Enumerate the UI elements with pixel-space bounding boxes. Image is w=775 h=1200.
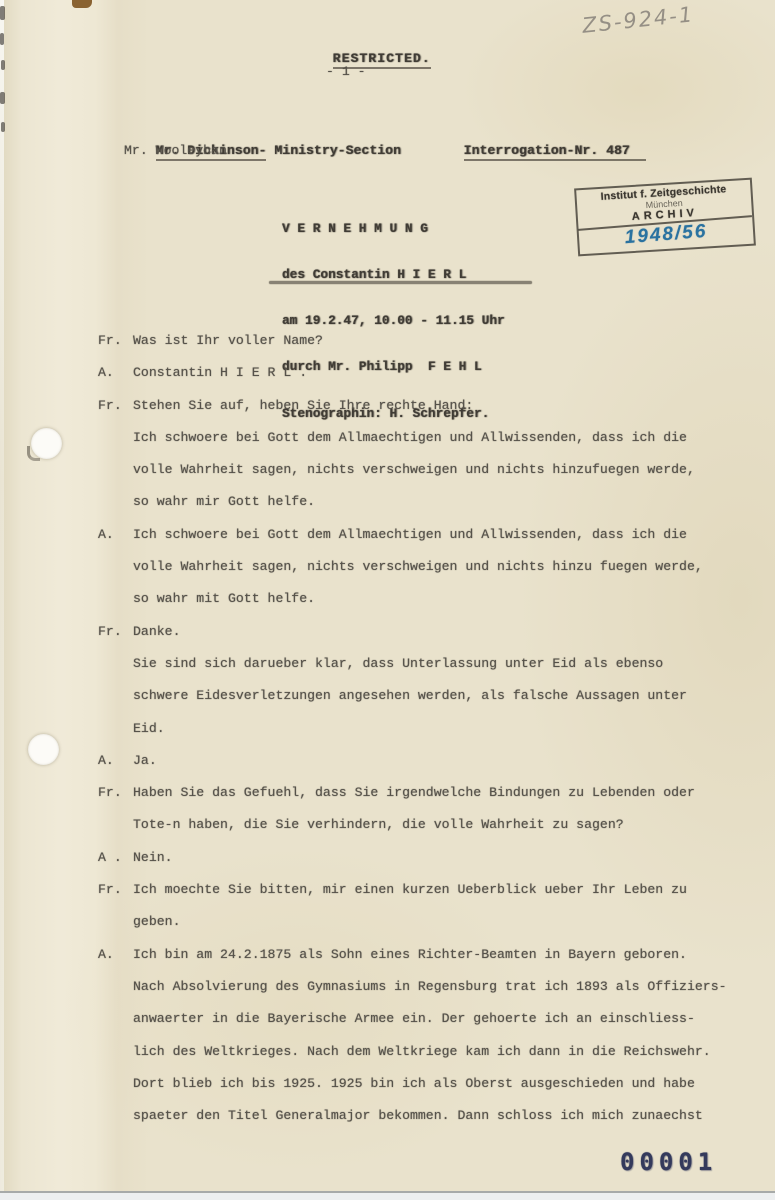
transcript-text: Haben Sie das Gefuehl, dass Sie irgendwe…	[133, 785, 695, 800]
transcript-line: Fr.Was ist Ihr voller Name?	[98, 332, 758, 364]
transcript-line: anwaerter in die Bayerische Armee ein. D…	[98, 1010, 758, 1042]
archive-stamp: Institut f. Zeitgeschichte München ARCHI…	[574, 178, 756, 257]
transcript-line: volle Wahrheit sagen, nichts verschweige…	[98, 461, 758, 493]
transcript-body: Fr.Was ist Ihr voller Name? A.Constantin…	[98, 332, 758, 1139]
speaker-label: Fr.	[98, 784, 122, 802]
transcript-line: Fr.Danke.	[98, 623, 758, 655]
page-sequence-stamp: 00001	[620, 1148, 717, 1176]
transcript-line: A .Nein.	[98, 849, 758, 881]
title-line: V E R N E H M U N G	[282, 221, 505, 236]
title-underline-rule	[269, 281, 532, 284]
title-line: am 19.2.47, 10.00 - 11.15 Uhr	[282, 313, 505, 328]
transcript-line: Fr.Ich moechte Sie bitten, mir einen kur…	[98, 881, 758, 913]
transcript-text: schwere Eidesverletzungen angesehen werd…	[133, 688, 687, 703]
transcript-text: geben.	[133, 914, 180, 929]
transcript-line: Fr.Stehen Sie auf, heben Sie Ihre rechte…	[98, 397, 758, 429]
transcript-text: Dort blieb ich bis 1925. 1925 bin ich al…	[133, 1076, 695, 1091]
interrogator-section: Ministry-Section	[266, 143, 401, 158]
page-number: - 1 -	[326, 64, 366, 79]
transcript-line: spaeter den Titel Generalmajor bekommen.…	[98, 1107, 758, 1139]
speaker-label: Fr.	[98, 881, 122, 899]
transcript-text: volle Wahrheit sagen, nichts verschweige…	[133, 462, 695, 477]
transcript-text: Ich bin am 24.2.1875 als Sohn eines Rich…	[133, 947, 687, 962]
edge-mark	[1, 122, 5, 132]
transcript-line: Sie sind sich darueber klar, dass Unterl…	[98, 655, 758, 687]
edge-mark	[0, 33, 4, 45]
transcript-text: Was ist Ihr voller Name?	[133, 333, 323, 348]
speaker-label: A.	[98, 526, 114, 544]
transcript-text: Danke.	[133, 624, 180, 639]
speaker-label: Fr.	[98, 623, 122, 641]
transcript-text: so wahr mit Gott helfe.	[133, 591, 315, 606]
second-interrogator: Mr. Wooleyhan	[124, 143, 227, 158]
transcript-line: Dort blieb ich bis 1925. 1925 bin ich al…	[98, 1075, 758, 1107]
speaker-label: A.	[98, 364, 114, 382]
transcript-line: lich des Weltkrieges. Nach dem Weltkrieg…	[98, 1043, 758, 1075]
scan-edge-left	[0, 0, 4, 1200]
edge-mark	[0, 92, 5, 104]
transcript-text: Constantin H I E R L .	[133, 365, 307, 380]
transcript-text: Stehen Sie auf, heben Sie Ihre rechte Ha…	[133, 398, 473, 413]
transcript-line: volle Wahrheit sagen, nichts verschweige…	[98, 558, 758, 590]
transcript-line: Eid.	[98, 720, 758, 752]
transcript-line: Ich schwoere bei Gott dem Allmaechtigen …	[98, 429, 758, 461]
speaker-label: A.	[98, 752, 114, 770]
transcript-text: Ich schwoere bei Gott dem Allmaechtigen …	[133, 527, 687, 542]
transcript-text: Ich moechte Sie bitten, mir einen kurzen…	[133, 882, 687, 897]
transcript-line: A.Ich bin am 24.2.1875 als Sohn eines Ri…	[98, 946, 758, 978]
transcript-text: volle Wahrheit sagen, nichts verschweige…	[133, 559, 703, 574]
transcript-text: lich des Weltkrieges. Nach dem Weltkrieg…	[133, 1044, 711, 1059]
transcript-line: so wahr mir Gott helfe.	[98, 493, 758, 525]
scan-edge-bottom	[0, 1191, 775, 1200]
transcript-line: geben.	[98, 913, 758, 945]
transcript-line: A.Ich schwoere bei Gott dem Allmaechtige…	[98, 526, 758, 558]
punch-hole-bottom	[28, 734, 59, 765]
speaker-label: Fr.	[98, 397, 122, 415]
transcript-text: Eid.	[133, 721, 165, 736]
interrogation-number: Interrogation-Nr. 487	[464, 143, 646, 161]
transcript-text: anwaerter in die Bayerische Armee ein. D…	[133, 1011, 695, 1026]
transcript-text: Sie sind sich darueber klar, dass Unterl…	[133, 656, 663, 671]
transcript-text: so wahr mir Gott helfe.	[133, 494, 315, 509]
speaker-label: A.	[98, 946, 114, 964]
transcript-text: Nach Absolvierung des Gymnasiums in Rege…	[133, 979, 727, 994]
scanned-document-page: ZS-924-1 RESTRICTED. - 1 - Mr. Dickinson…	[0, 0, 775, 1200]
transcript-line: so wahr mit Gott helfe.	[98, 590, 758, 622]
paper-stain	[72, 0, 92, 8]
speaker-label: A .	[98, 849, 122, 867]
transcript-line: Tote-n haben, die Sie verhindern, die vo…	[98, 816, 758, 848]
edge-mark	[1, 60, 5, 70]
transcript-line: A.Constantin H I E R L .	[98, 364, 758, 396]
transcript-text: Ich schwoere bei Gott dem Allmaechtigen …	[133, 430, 687, 445]
interrogation-number-line: Interrogation-Nr. 487	[432, 128, 646, 173]
transcript-line: schwere Eidesverletzungen angesehen werd…	[98, 687, 758, 719]
transcript-line: Nach Absolvierung des Gymnasiums in Rege…	[98, 978, 758, 1010]
transcript-text: Tote-n haben, die Sie verhindern, die vo…	[133, 817, 624, 832]
transcript-text: Ja.	[133, 753, 157, 768]
transcript-line: Fr.Haben Sie das Gefuehl, dass Sie irgen…	[98, 784, 758, 816]
transcript-line: A.Ja.	[98, 752, 758, 784]
edge-mark	[0, 6, 5, 20]
punch-hole-top	[31, 428, 62, 459]
transcript-text: spaeter den Titel Generalmajor bekommen.…	[133, 1108, 703, 1123]
transcript-text: Nein.	[133, 850, 173, 865]
punch-hole-tear	[27, 446, 40, 461]
speaker-label: Fr.	[98, 332, 122, 350]
